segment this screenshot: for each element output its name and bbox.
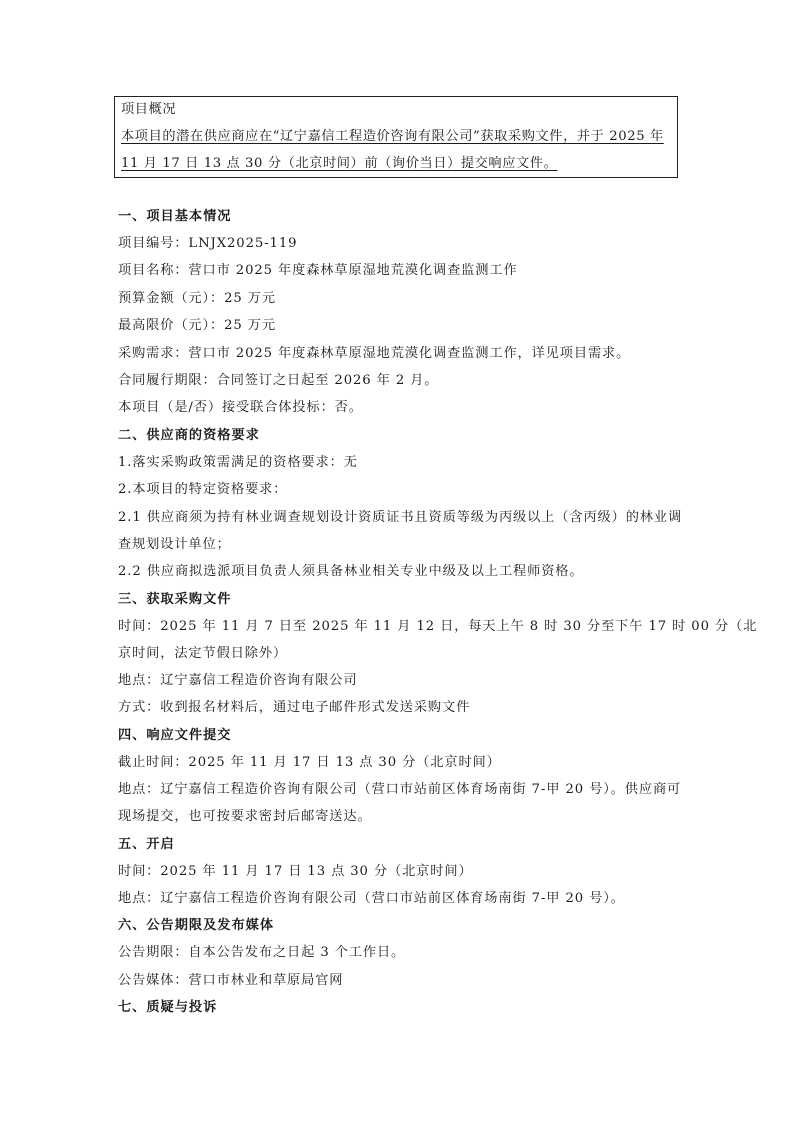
submission-location-cont: 现场提交，也可按要求密封后邮寄送达。 [118, 809, 372, 825]
max-price: 最高限价（元）：25 万元 [118, 318, 276, 334]
obtain-method: 方式：收到报名材料后，通过电子邮件形式发送采购文件 [118, 700, 470, 716]
project-number: 项目编号：LNJX2025-119 [118, 236, 297, 252]
qualification-specific: 2.本项目的特定资格要求： [118, 482, 287, 498]
section-heading-obtain-docs: 三、获取采购文件 [118, 592, 232, 608]
qualification-2-1-cont: 查规划设计单位； [118, 537, 231, 553]
procurement-requirement: 采购需求：营口市 2025 年度森林草原湿地荒漠化调查监测工作，详见项目需求。 [118, 346, 630, 362]
section-heading-submission: 四、响应文件提交 [118, 728, 232, 744]
section-heading-complaints: 七、质疑与投诉 [118, 1000, 217, 1016]
submission-location: 地点：辽宁嘉信工程造价咨询有限公司（营口市站前区体育场南街 7-甲 20 号）。… [118, 782, 681, 798]
summary-line-1: 本项目的潜在供应商应在“辽宁嘉信工程造价咨询有限公司”获取采购文件，并于 202… [121, 129, 664, 145]
summary-line-2: 11 月 17 日 13 点 30 分（北京时间）前（询价当日）提交响应文件。 [121, 156, 557, 172]
opening-location: 地点：辽宁嘉信工程造价咨询有限公司（营口市站前区体育场南街 7-甲 20 号）。 [118, 891, 625, 907]
qualification-2-1: 2.1 供应商须为持有林业调查规划设计资质证书且资质等级为丙级以上（含丙级）的林… [118, 510, 682, 526]
announcement-period: 公告期限：自本公告发布之日起 3 个工作日。 [118, 945, 405, 961]
budget-amount: 预算金额（元）：25 万元 [118, 291, 276, 307]
section-heading-basic-info: 一、项目基本情况 [118, 209, 232, 225]
consortium-bid: 本项目（是/否）接受联合体投标：否。 [118, 400, 363, 416]
opening-time: 时间：2025 年 11 月 17 日 13 点 30 分（北京时间） [118, 864, 473, 880]
contract-period: 合同履行期限：合同签订之日起至 2026 年 2 月。 [118, 373, 438, 389]
document-page: 项目概况 本项目的潜在供应商应在“辽宁嘉信工程造价咨询有限公司”获取采购文件，并… [0, 0, 793, 1122]
section-heading-announcement: 六、公告期限及发布媒体 [118, 918, 274, 934]
qualification-2-2: 2.2 供应商拟选派项目负责人须具备林业相关专业中级及以上工程师资格。 [118, 564, 583, 580]
project-summary-box: 项目概况 本项目的潜在供应商应在“辽宁嘉信工程造价咨询有限公司”获取采购文件，并… [114, 96, 678, 178]
announcement-media: 公告媒体：营口市林业和草原局官网 [118, 973, 343, 989]
section-heading-opening: 五、开启 [118, 837, 175, 853]
submission-deadline: 截止时间：2025 年 11 月 17 日 13 点 30 分（北京时间） [118, 755, 501, 771]
summary-title: 项目概况 [121, 102, 176, 118]
project-name: 项目名称：营口市 2025 年度森林草原湿地荒漠化调查监测工作 [118, 263, 518, 279]
obtain-time-cont: 京时间，法定节假日除外） [118, 646, 287, 662]
section-heading-qualifications: 二、供应商的资格要求 [118, 428, 260, 444]
obtain-location: 地点：辽宁嘉信工程造价咨询有限公司 [118, 673, 358, 689]
obtain-time: 时间：2025 年 11 月 7 日至 2025 年 11 月 12 日，每天上… [118, 619, 757, 635]
qualification-policy: 1.落实采购政策需满足的资格要求：无 [118, 455, 358, 471]
